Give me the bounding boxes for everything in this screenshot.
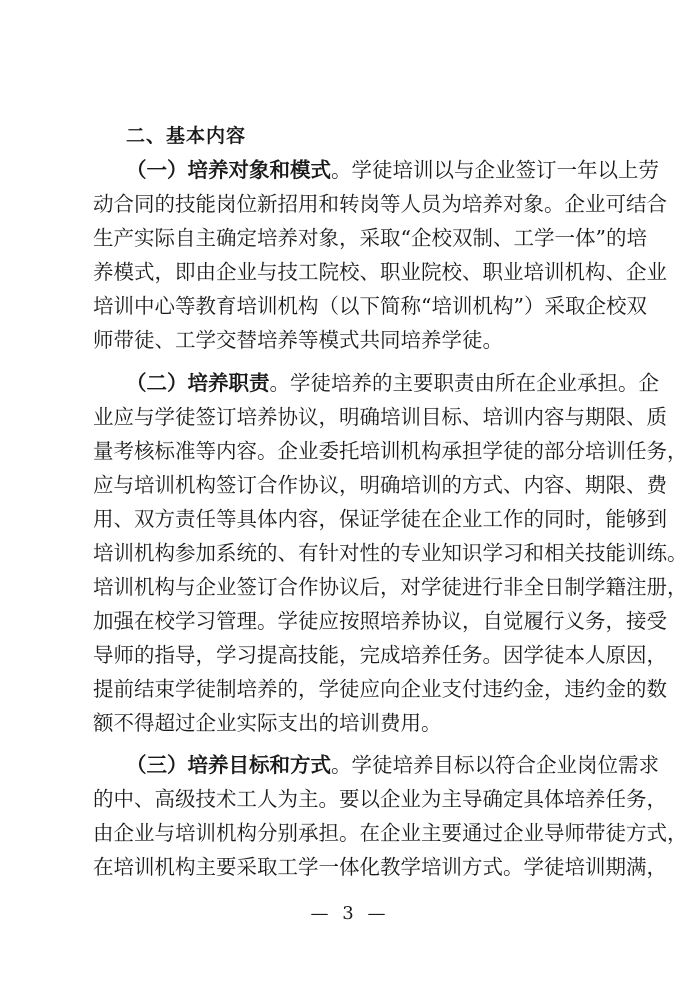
paragraph-2-line-3: 量考核标准等内容。企业委托培训机构承担学徒的部分培训任务， [93,439,609,463]
subtitle-3: （三）培养目标和方式 [126,753,331,777]
paragraph-1-line-6: 师带徒、工学交替培养等模式共同培养学徒。 [93,328,609,352]
subtitle-2: （二）培养职责 [126,371,270,395]
paragraph-2-line-8: 加强在校学习管理。学徒应按照培养协议，自觉履行义务，接受 [93,609,609,633]
paragraph-3-line-3: 由企业与培训机构分别承担。在企业主要通过企业导师带徒方式， [93,821,609,845]
paragraph-1-line-4: 养模式，即由企业与技工院校、职业院校、职业培训机构、企业 [93,260,609,284]
document-page: 二、基本内容 （一）培养对象和模式。学徒培训以与企业签订一年以上劳 动合同的技能… [0,0,700,990]
paragraph-3-line-4: 在培训机构主要采取工学一体化教学培训方式。学徒培训期满， [93,855,609,879]
paragraph-2-line-7: 培训机构与企业签订合作协议后，对学徒进行非全日制学籍注册， [93,575,609,599]
paragraph-2-line-9: 导师的指导，学习提高技能，完成培养任务。因学徒本人原因， [93,643,609,667]
paragraph-2-line-1: （二）培养职责。学徒培养的主要职责由所在企业承担。企 [126,371,609,395]
paragraph-2-line-2: 业应与学徒签订培养协议，明确培训目标、培训内容与期限、质 [93,405,609,429]
paragraph-2-line-10: 提前结束学徒制培养的，学徒应向企业支付违约金，违约金的数 [93,677,609,701]
section-heading: 二、基本内容 [126,121,246,148]
paragraph-2-line-5: 用、双方责任等具体内容，保证学徒在企业工作的同时，能够到 [93,507,609,531]
page-number: — 3 — [0,903,700,924]
subtitle-1: （一）培养对象和模式 [126,158,331,182]
paragraph-2-line-4: 应与培训机构签订合作协议，明确培训的方式、内容、期限、费 [93,473,609,497]
paragraph-2-line-6: 培训机构参加系统的、有针对性的专业知识学习和相关技能训练。 [93,541,609,565]
paragraph-1-line-1: （一）培养对象和模式。学徒培训以与企业签订一年以上劳 [126,158,609,182]
paragraph-2-line-11: 额不得超过企业实际支出的培训费用。 [93,711,609,735]
paragraph-3-line-1: （三）培养目标和方式。学徒培养目标以符合企业岗位需求 [126,753,609,777]
paragraph-1-line-5: 培训中心等教育培训机构（以下简称“培训机构”）采取企校双 [93,294,609,318]
paragraph-1-line-2: 动合同的技能岗位新招用和转岗等人员为培养对象。企业可结合 [93,192,609,216]
paragraph-3-line-2: 的中、高级技术工人为主。要以企业为主导确定具体培养任务， [93,787,609,811]
paragraph-1-line-3: 生产实际自主确定培养对象，采取“企校双制、工学一体”的培 [93,226,609,250]
